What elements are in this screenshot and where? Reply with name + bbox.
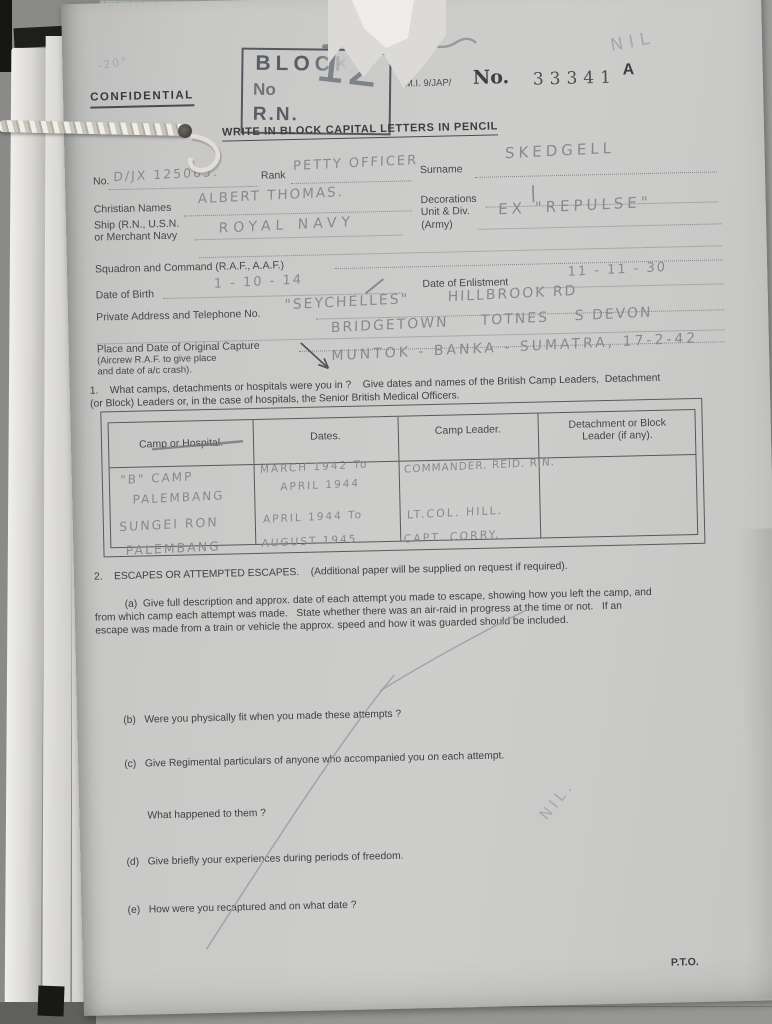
table-row-leader: LT.COL. HILL. — [407, 504, 503, 522]
unit-value: EX "REPULSE" — [498, 193, 652, 219]
confidential-stamp: CONFIDENTIAL — [90, 89, 194, 108]
no-label: No. — [93, 175, 110, 187]
question2b: (b) Were you physically fit when you mad… — [123, 709, 401, 726]
pencil-tick-address — [365, 279, 383, 293]
unit-label-line1: Unit & Div. — [421, 205, 470, 218]
capture-label-line3: and date of a/c crash). — [97, 364, 192, 377]
no-value: D/JX 125065. — [113, 164, 219, 184]
table-row-dates: APRIL 1944 — [280, 477, 360, 493]
question2-heading: 2. ESCAPES OR ATTEMPTED ESCAPES. (Additi… — [94, 561, 568, 583]
stacked-page-edge — [5, 48, 48, 1010]
dark-gap-in-pages — [37, 986, 64, 1017]
questionnaire-page: -20° CONFIDENTIAL BLOCK No R.N. 12 M.I. … — [61, 0, 772, 1016]
question2e: (e) How were you recaptured and on what … — [127, 900, 356, 916]
unit-label-line2: (Army) — [421, 218, 453, 231]
question2c: (c) Give Regimental particulars of anyon… — [124, 750, 504, 770]
table-row-camp: PALEMBANG — [132, 488, 224, 507]
surname-value: SKEDGELL — [505, 139, 615, 162]
ship-label-line2: or Merchant Navy — [94, 230, 177, 244]
table-row-camp: SUNGEI RON — [119, 514, 219, 534]
mi9-grade-letter: A — [622, 61, 634, 79]
question2d: (d) Give briefly your experiences during… — [126, 851, 403, 868]
rank-field-line — [291, 180, 411, 184]
header-detachment-line2: Leader (if any). — [538, 428, 697, 444]
rank-value: PETTY OFFICER — [293, 153, 418, 174]
question2c-followup: What happened to them ? — [147, 808, 266, 822]
mi9-prefix: M.I. 9/JAP/ — [405, 77, 452, 89]
camp-table: Camp or Hospital. Dates. Camp Leader. De… — [108, 409, 699, 548]
page-curl-shadow — [737, 528, 772, 999]
rank-label: Rank — [261, 169, 286, 182]
corner-pencil-fragment: -20° — [96, 55, 129, 73]
scanned-pow-questionnaire-photo: -20° CONFIDENTIAL BLOCK No R.N. 12 M.I. … — [0, 0, 772, 1024]
squadron-label: Squadron and Command (R.A.F., A.A.F.) — [95, 259, 284, 275]
mi9-serial-number: 33341 — [533, 68, 618, 90]
table-row-camp: "B" CAMP — [120, 469, 193, 487]
block-stamp-line3: R.N. — [253, 104, 299, 127]
dark-cover-edge — [0, 0, 12, 72]
date-of-birth-value: 1 - 10 - 14 — [214, 272, 303, 291]
mi9-no-label: No. — [473, 66, 510, 89]
header-camp-or-hospital: Camp or Hospital. — [109, 436, 253, 451]
block-stamp-line2: No — [253, 80, 276, 100]
table-row-dates: MARCH 1942 To — [260, 459, 369, 476]
date-of-birth-label: Date of Birth — [96, 288, 155, 301]
nil-pencil-note-escapes: NIL. — [536, 777, 578, 823]
capture-arrow — [301, 342, 329, 369]
capture-value: MUNTOK - BANKA - SUMATRA, 17-2-42 — [331, 330, 698, 364]
header-camp-leader: Camp Leader. — [398, 423, 538, 438]
nil-pencil-note-top: NIL — [609, 28, 657, 56]
unit-field-line — [478, 223, 721, 230]
surname-field-line — [475, 171, 717, 177]
ship-value: ROYAL NAVY — [218, 214, 355, 237]
punched-hole — [178, 124, 192, 138]
christian-names-label: Christian Names — [94, 202, 172, 216]
address-label: Private Address and Telephone No. — [96, 308, 261, 324]
table-header-divider — [110, 454, 696, 468]
surname-label: Surname — [420, 163, 463, 176]
continuation-line — [199, 245, 722, 258]
header-dates: Dates. — [253, 429, 398, 444]
christian-names-line — [184, 210, 412, 216]
pto-footer: P.T.O. — [671, 956, 699, 969]
table-row-dates: APRIL 1944 To — [263, 509, 363, 526]
